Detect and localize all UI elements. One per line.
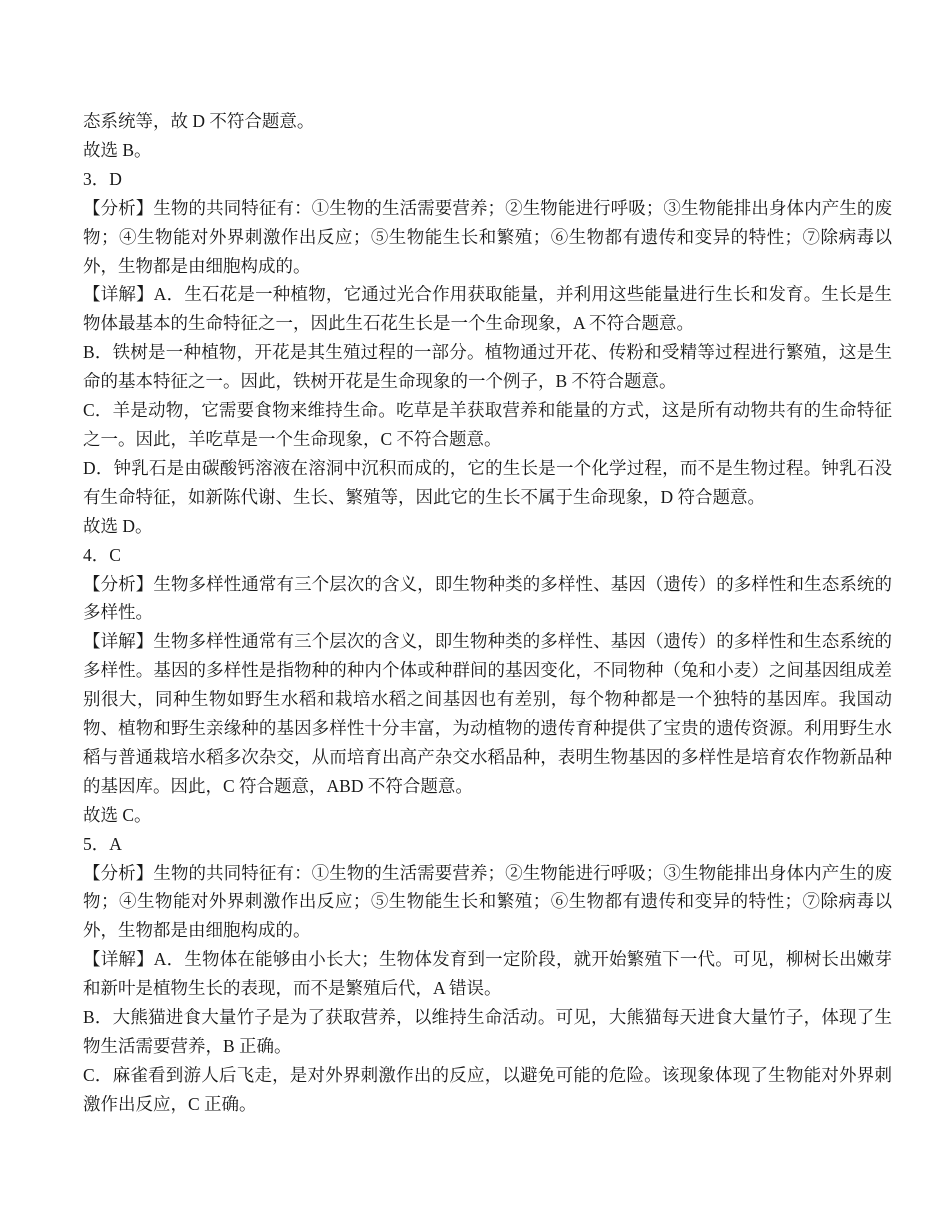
question-5-detail-option-b: B．大熊猫进食大量竹子是为了获取营养，以维持生命活动。可见，大熊猫每天进食大量竹… <box>83 1003 892 1061</box>
question-4-conclusion: 故选 C。 <box>83 801 892 830</box>
question-3-analysis: 【分析】生物的共同特征有：①生物的生活需要营养；②生物能进行呼吸；③生物能排出身… <box>83 194 892 281</box>
question-2-conclusion: 故选 B。 <box>83 136 892 165</box>
question-3-answer: 3．D <box>83 165 892 194</box>
question-3-conclusion: 故选 D。 <box>83 512 892 541</box>
question-3-detail-option-d: D．钟乳石是由碳酸钙溶液在溶洞中沉积而成的，它的生长是一个化学过程，而不是生物过… <box>83 454 892 512</box>
question-4-analysis: 【分析】生物多样性通常有三个层次的含义，即生物种类的多样性、基因（遗传）的多样性… <box>83 570 892 628</box>
question-5-analysis: 【分析】生物的共同特征有：①生物的生活需要营养；②生物能进行呼吸；③生物能排出身… <box>83 859 892 946</box>
question-3-detail-option-b: B．铁树是一种植物，开花是其生殖过程的一部分。植物通过开花、传粉和受精等过程进行… <box>83 338 892 396</box>
question-4-answer: 4．C <box>83 541 892 570</box>
question-5-answer: 5．A <box>83 830 892 859</box>
question-5-detail-option-c: C．麻雀看到游人后飞走，是对外界刺激作出的反应，以避免可能的危险。该现象体现了生… <box>83 1061 892 1119</box>
question-5-detail-option-a: 【详解】A．生物体在能够由小长大；生物体发育到一定阶段，就开始繁殖下一代。可见，… <box>83 945 892 1003</box>
question-3-detail-option-a: 【详解】A．生石花是一种植物，它通过光合作用获取能量，并利用这些能量进行生长和发… <box>83 280 892 338</box>
document-page: 态系统等，故 D 不符合题意。 故选 B。 3．D 【分析】生物的共同特征有：①… <box>0 0 950 1230</box>
question-4-detail: 【详解】生物多样性通常有三个层次的含义，即生物种类的多样性、基因（遗传）的多样性… <box>83 627 892 800</box>
question-3-detail-option-c: C．羊是动物，它需要食物来维持生命。吃草是羊获取营养和能量的方式，这是所有动物共… <box>83 396 892 454</box>
question-2-detail-continuation: 态系统等，故 D 不符合题意。 <box>83 107 892 136</box>
